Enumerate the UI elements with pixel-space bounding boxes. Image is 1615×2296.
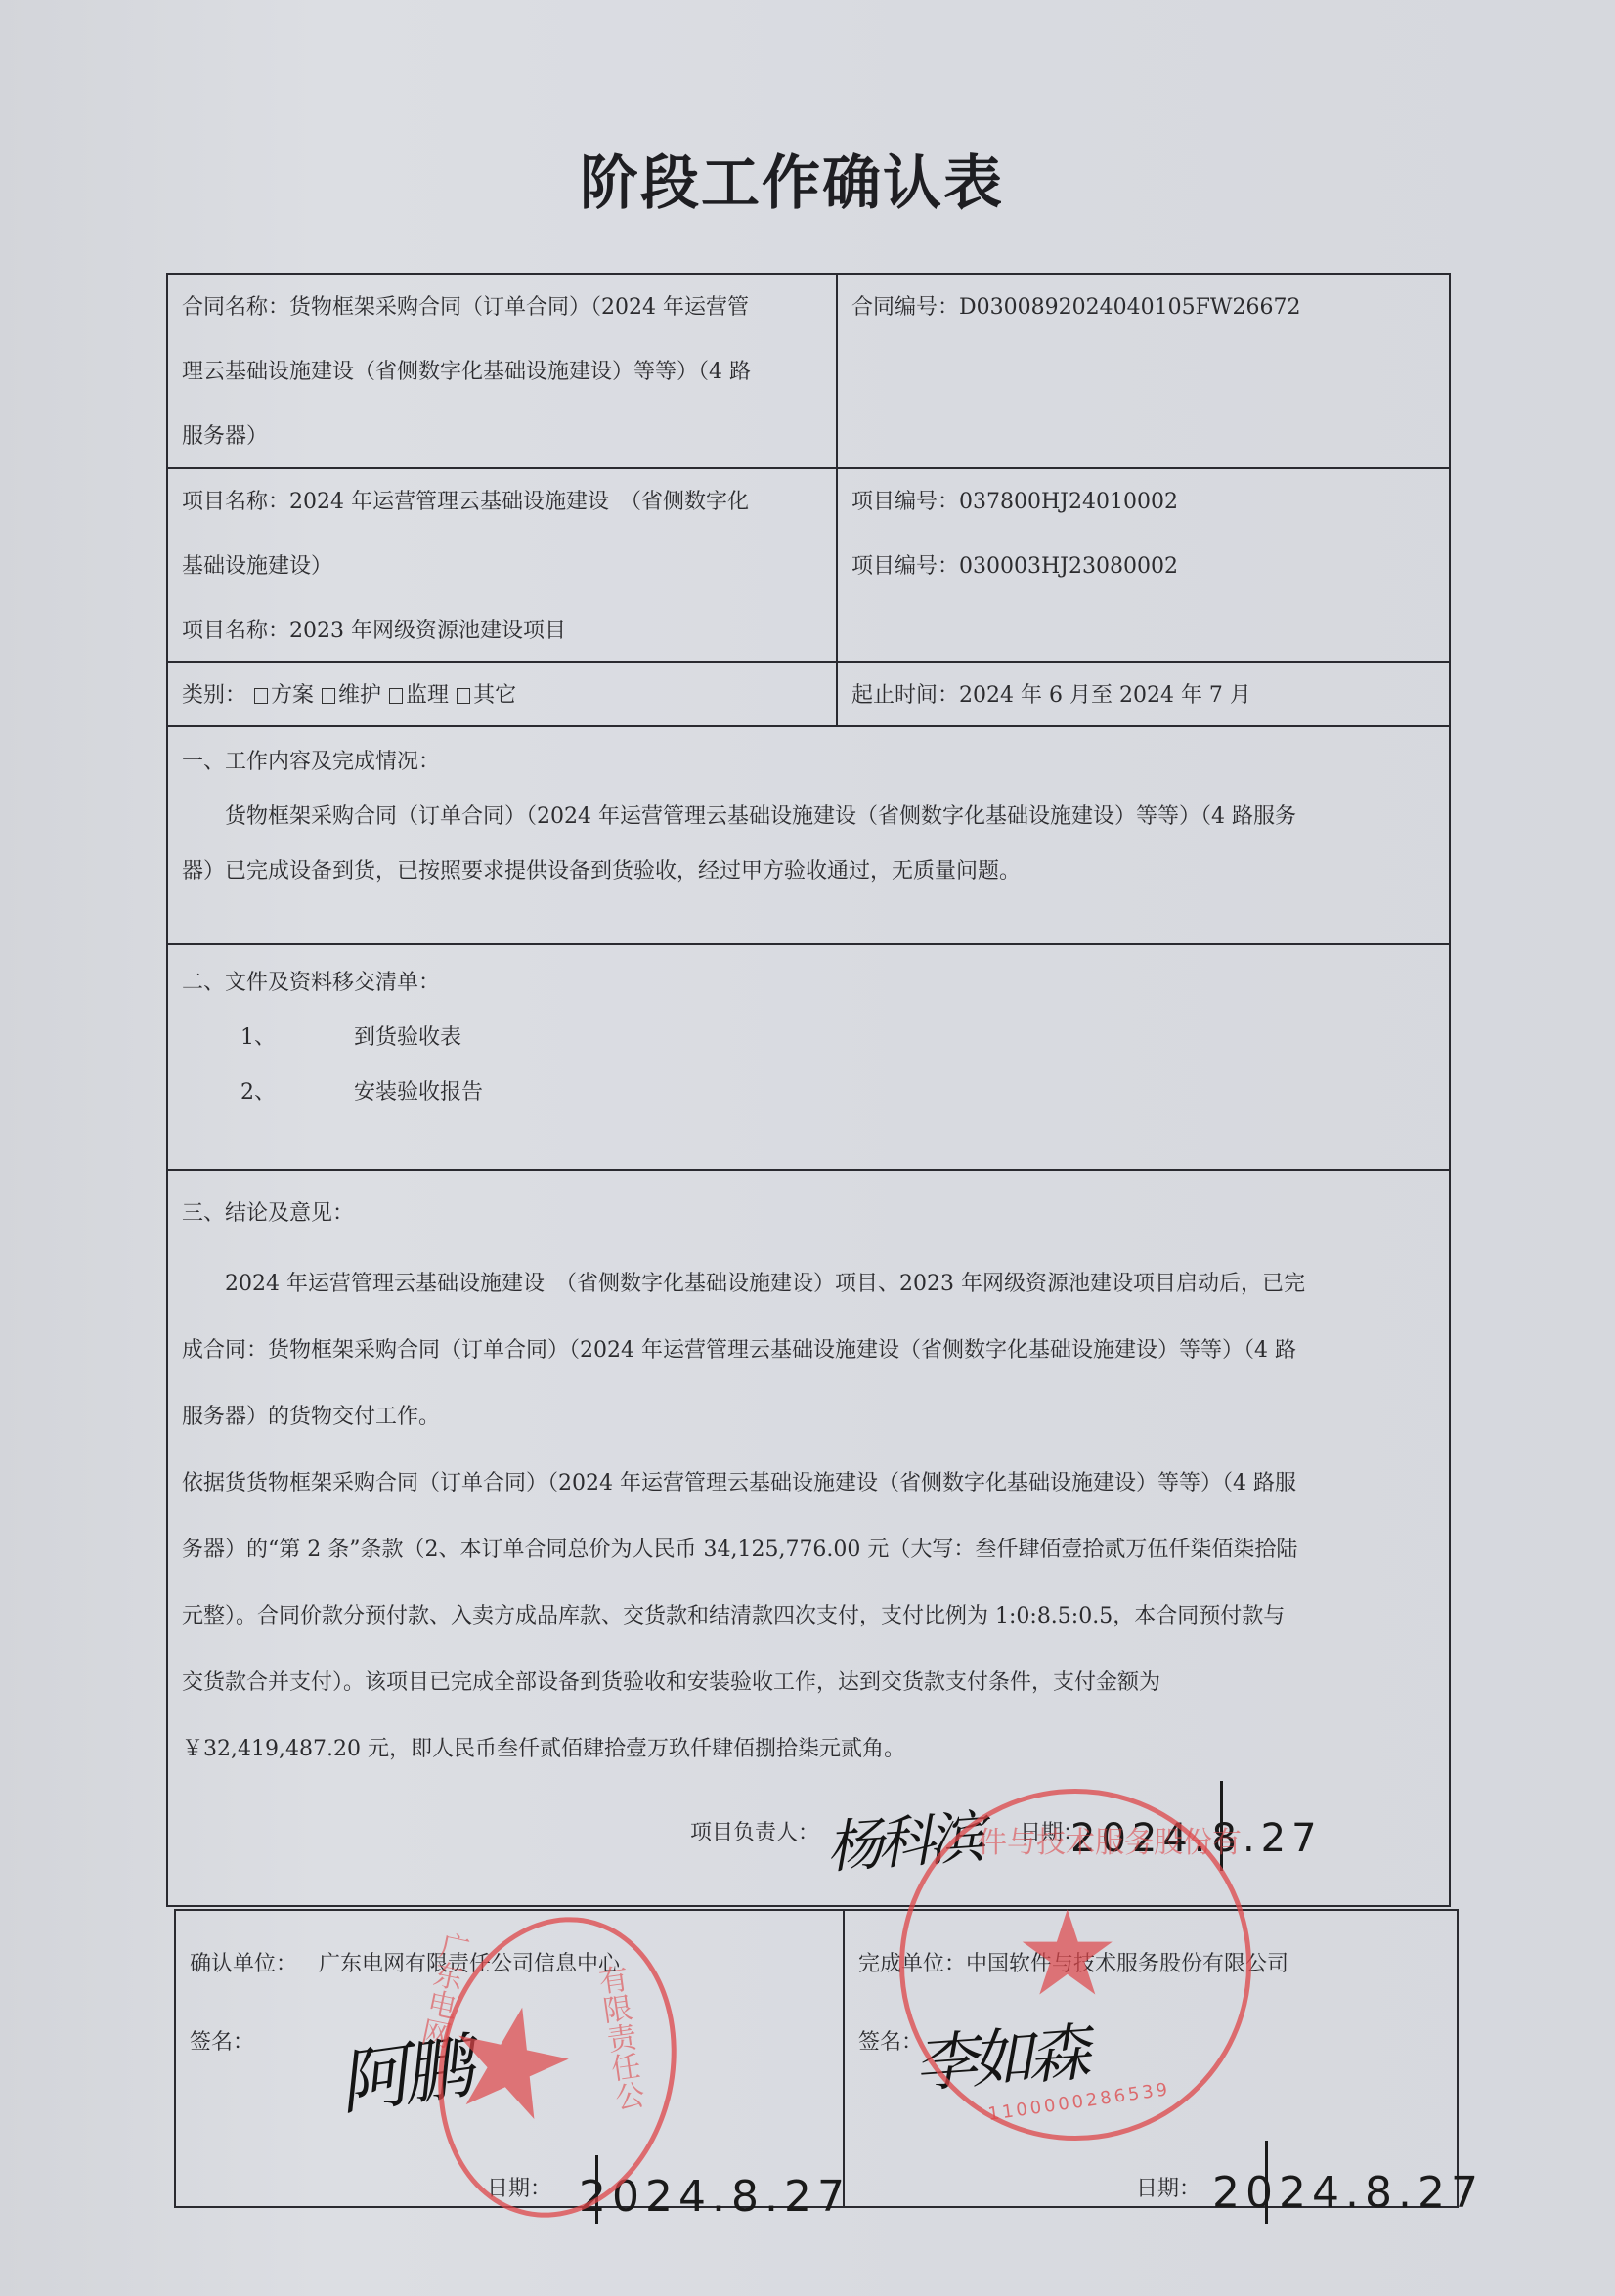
complete-unit-label: 完成单位： [858, 1952, 966, 1976]
category-option-label: 其它 [473, 683, 516, 708]
handover-item: 2、安装验收报告 [182, 1065, 1443, 1120]
contract-number-cell: 合同编号：D0300892024040105FW26672 [851, 276, 1438, 340]
confirm-sign-label: 签名： [190, 2011, 254, 2075]
checkbox-icon[interactable] [254, 688, 268, 704]
project-number: 项目编号：030003HJ23080002 [851, 535, 1438, 599]
contract-number: 合同编号：D0300892024040105FW26672 [851, 276, 1438, 340]
seal-star-icon: ★ [1015, 1896, 1120, 2014]
handover-item-label: 到货验收表 [354, 1025, 461, 1050]
category-option-plan[interactable]: 方案 [246, 683, 314, 708]
row-divider [166, 943, 1451, 945]
column-divider [836, 273, 838, 726]
project-name-line: 基础设施建设） [182, 535, 832, 599]
handwritten-bracket [1265, 2141, 1268, 2224]
period-cell: 起止时间：2024 年 6 月至 2024 年 7 月 [851, 664, 1438, 728]
checkbox-icon[interactable] [457, 688, 470, 704]
handwritten-bracket [595, 2155, 598, 2224]
handover-item-label: 安装验收报告 [354, 1080, 483, 1105]
conclusion-line: 2024 年运营管理云基础设施建设 （省侧数字化基础设施建设）项目、2023 年… [182, 1251, 1443, 1318]
checkbox-icon[interactable] [322, 688, 335, 704]
conclusion-line: 交货款合并支付）。该项目已完成全部设备到货验收和安装验收工作，达到交货款支付条件… [182, 1650, 1443, 1716]
section-heading: 一、工作内容及完成情况： [182, 735, 1443, 790]
handover-item: 1、到货验收表 [182, 1011, 1443, 1065]
section-heading: 二、文件及资料移交清单： [182, 956, 1443, 1011]
section-body-line: 器）已完成设备到货，已按照要求提供设备到货验收，经过甲方验收通过，无质量问题。 [182, 845, 1443, 899]
confirm-date: 2024.8.27 [579, 2172, 851, 2222]
category-option-other[interactable]: 其它 [449, 683, 516, 708]
project-lead-signature: 杨科滨 [823, 1792, 981, 1884]
conclusion-line: 服务器）的货物交付工作。 [182, 1384, 1443, 1451]
category-cell: 类别：方案维护监理其它 [182, 664, 832, 728]
category-option-supervision[interactable]: 监理 [381, 683, 449, 708]
conclusion-line: 成合同：货物框架采购合同（订单合同）（2024 年运营管理云基础设施建设（省侧数… [182, 1318, 1443, 1384]
confirm-date-label: 日期： [487, 2157, 551, 2222]
category-option-label: 维护 [338, 683, 381, 708]
contract-name-line: 合同名称：货物框架采购合同（订单合同）（2024 年运营管 [182, 276, 832, 340]
handover-item-number: 2、 [240, 1065, 354, 1120]
section-handover-list: 二、文件及资料移交清单： 1、到货验收表 2、安装验收报告 [182, 956, 1443, 1120]
contract-name-line: 服务器） [182, 405, 832, 469]
complete-date-label: 日期： [1136, 2157, 1200, 2222]
column-divider [843, 1909, 845, 2208]
conclusion-line: 依据货货物框架采购合同（订单合同）（2024 年运营管理云基础设施建设（省侧数字… [182, 1451, 1443, 1517]
row-divider [166, 1169, 1451, 1171]
category-option-maintenance[interactable]: 维护 [314, 683, 381, 708]
category-label: 类别： [182, 683, 246, 708]
conclusion-line: ￥32,419,487.20 元，即人民币叁仟贰佰肆拾壹万玖仟肆佰捌拾柒元贰角。 [182, 1716, 1443, 1783]
contract-name-cell: 合同名称：货物框架采购合同（订单合同）（2024 年运营管 理云基础设施建设（省… [182, 276, 832, 469]
project-lead-label: 项目负责人： [690, 1801, 819, 1866]
document-title: 阶段工作确认表 [0, 137, 1584, 221]
handover-item-number: 1、 [240, 1011, 354, 1065]
category-option-label: 监理 [406, 683, 449, 708]
confirm-unit-label: 确认单位： [190, 1952, 297, 1976]
section-body-line: 货物框架采购合同（订单合同）（2024 年运营管理云基础设施建设（省侧数字化基础… [182, 790, 1443, 845]
section-conclusion: 三、结论及意见： 2024 年运营管理云基础设施建设 （省侧数字化基础设施建设）… [182, 1181, 1443, 1783]
project-name-cell: 项目名称：2024 年运营管理云基础设施建设 （省侧数字化 基础设施建设） 项目… [182, 470, 832, 664]
contract-name-line: 理云基础设施建设（省侧数字化基础设施建设）等等）（4 路 [182, 340, 832, 405]
project-number: 项目编号：037800HJ24010002 [851, 470, 1438, 535]
section-work-content: 一、工作内容及完成情况： 货物框架采购合同（订单合同）（2024 年运营管理云基… [182, 735, 1443, 899]
section-heading: 三、结论及意见： [182, 1181, 1443, 1247]
project-name-line: 项目名称：2024 年运营管理云基础设施建设 （省侧数字化 [182, 470, 832, 535]
conclusion-line: 务器）的“第 2 条”条款（2、本订单合同总价为人民币 34,125,776.0… [182, 1517, 1443, 1583]
category-option-label: 方案 [271, 683, 314, 708]
period: 起止时间：2024 年 6 月至 2024 年 7 月 [851, 664, 1438, 728]
project-number-cell: 项目编号：037800HJ24010002 项目编号：030003HJ23080… [851, 470, 1438, 599]
checkbox-icon[interactable] [389, 688, 403, 704]
project-name-line: 项目名称：2023 年网级资源池建设项目 [182, 599, 832, 664]
conclusion-line: 元整）。合同价款分预付款、入卖方成品库款、交货款和结清款四次支付，支付比例为 1… [182, 1583, 1443, 1650]
complete-date: 2024.8.27 [1212, 2168, 1484, 2218]
seal-text: 件与技术服务股份有 [978, 1818, 1242, 1861]
